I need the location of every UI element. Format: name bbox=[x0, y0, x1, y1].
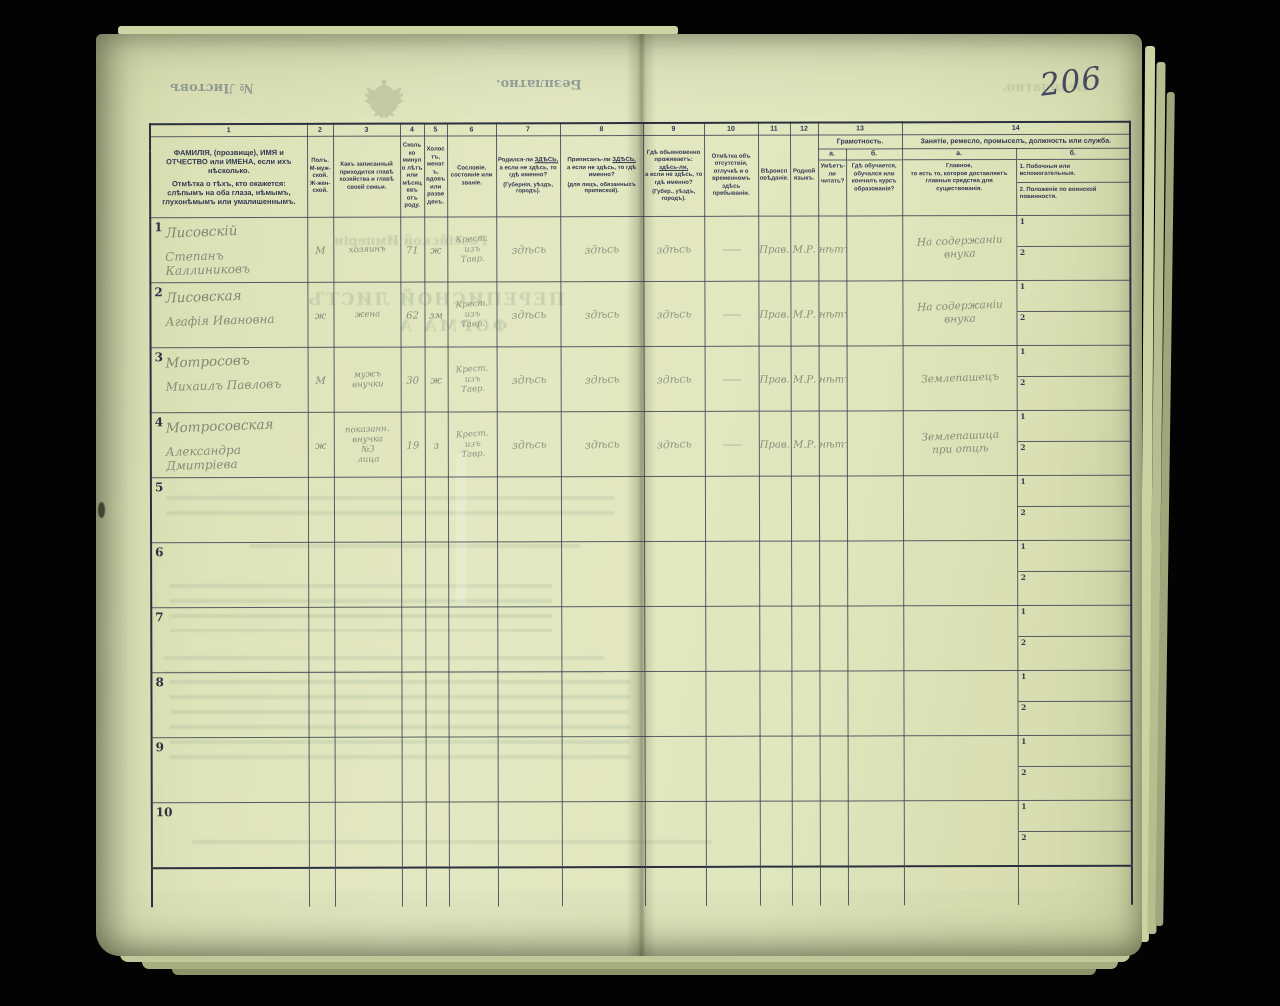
cell-birthplace bbox=[497, 607, 561, 672]
cell-marital-status bbox=[425, 672, 448, 737]
cell-literacy bbox=[819, 671, 847, 736]
cell-surname-given-names: 2 Лисовская Агафія Ивановна bbox=[150, 282, 307, 347]
cell-relation bbox=[335, 737, 402, 802]
cell-relation: мужъ внучки bbox=[334, 347, 401, 412]
row-number: 6 bbox=[155, 545, 163, 559]
cell-sex bbox=[308, 607, 334, 672]
cell-absence-note: —— bbox=[705, 411, 759, 476]
header-col-marital: Холостъ, женатъ, вдовъ или разведенъ. bbox=[424, 136, 447, 217]
cell-absence-note bbox=[705, 476, 759, 541]
cell-residence bbox=[645, 736, 706, 801]
cell-language bbox=[791, 541, 819, 606]
table-row: 8 1 2 bbox=[151, 670, 1131, 738]
col-number: 14 bbox=[902, 122, 1130, 135]
handwritten-surname bbox=[166, 675, 303, 680]
cell-language bbox=[791, 606, 819, 671]
header-col-birthplace: Родился-ли ЗДѢСЬ, а если не здѣсь, то гд… bbox=[496, 136, 560, 217]
cell-sex bbox=[309, 802, 335, 868]
cell-language bbox=[791, 671, 819, 736]
handwritten-surname: Лисовскій bbox=[165, 220, 303, 241]
cell-registration bbox=[562, 736, 645, 801]
cell-occupation-side: 1 2 bbox=[1017, 605, 1131, 670]
photo-of-census-book: { "page_number": "206", "top_edge": { "l… bbox=[0, 0, 1280, 1006]
side-occupation-sub2: 2 bbox=[1017, 377, 1130, 407]
table-tail bbox=[152, 866, 1132, 908]
side-occupation-sub2: 2 bbox=[1017, 442, 1130, 472]
census-table: 1 2 3 4 5 6 7 8 9 10 11 12 13 14 ФАМИЛІЯ… bbox=[149, 121, 1131, 908]
cell-estate: Крест. изъ Тавр. bbox=[448, 347, 497, 412]
table-row: 6 1 2 bbox=[151, 540, 1131, 608]
ink-blot bbox=[98, 502, 105, 518]
cell-registration: здѣсь bbox=[560, 216, 643, 281]
cell-surname-given-names: 8 bbox=[151, 672, 308, 737]
cell-occupation-side: 1 2 bbox=[1017, 345, 1131, 410]
header-col-age: Сколько минуло лѣтъ или мѣсяцевъ отъ род… bbox=[400, 136, 424, 217]
handwritten-surname: Мотросовъ bbox=[165, 350, 303, 371]
cell-birthplace bbox=[497, 477, 561, 542]
col-number: 9 bbox=[643, 123, 704, 136]
cell-occupation-side: 1 2 bbox=[1017, 670, 1131, 735]
cell-registration bbox=[561, 606, 644, 671]
handwritten-surname: Лисовская bbox=[165, 285, 303, 306]
cell-residence: здѣсь bbox=[643, 281, 704, 346]
col-number: 1 bbox=[150, 124, 307, 137]
cell-literacy: нѣтъ bbox=[818, 281, 846, 346]
cell-occupation-side: 1 2 bbox=[1016, 215, 1130, 280]
cell-faith bbox=[759, 606, 791, 671]
cell-language: М.Р. bbox=[791, 411, 819, 476]
cell-sex: ж bbox=[307, 282, 333, 347]
cell-surname-given-names: 1 Лисовскій Степанъ Каллиниковъ bbox=[150, 217, 307, 282]
cell-surname-given-names: 4 Мотросовская Александра Дмитріева bbox=[151, 412, 308, 477]
cell-language bbox=[792, 801, 820, 867]
cell-faith bbox=[760, 736, 792, 801]
side-occupation-sub2: 2 bbox=[1018, 572, 1131, 602]
handwritten-given-names: Александра Дмитріева bbox=[165, 441, 303, 473]
cell-age bbox=[401, 672, 425, 737]
cell-education bbox=[847, 541, 903, 606]
cell-birthplace: здѣсь bbox=[497, 347, 561, 412]
table-row: 5 1 2 bbox=[151, 475, 1131, 543]
col-number: 10 bbox=[704, 123, 758, 136]
cell-occupation-side: 1 2 bbox=[1017, 540, 1131, 605]
handwritten-given-names bbox=[167, 813, 304, 817]
col-number: 6 bbox=[447, 123, 496, 136]
cell-education bbox=[848, 736, 904, 801]
free-of-charge-label-upside-down: Безплатно. bbox=[496, 76, 582, 91]
cell-sex bbox=[308, 672, 334, 737]
cell-occupation-main bbox=[904, 801, 1018, 867]
cell-estate bbox=[448, 477, 497, 542]
handwritten-surname: Мотросовская bbox=[166, 415, 304, 436]
cell-birthplace: здѣсь bbox=[497, 412, 561, 477]
handwritten-surname bbox=[167, 805, 304, 810]
cell-age bbox=[402, 802, 426, 868]
header-col-name: ФАМИЛІЯ, (прозвище), ИМЯ и ОТЧЕСТВО или … bbox=[150, 136, 307, 217]
cell-surname-given-names: 6 bbox=[151, 542, 308, 607]
cell-language bbox=[791, 476, 819, 541]
cell-relation bbox=[335, 802, 402, 868]
side-occupation-sub1: 1 bbox=[1017, 411, 1130, 442]
cell-language: М.Р. bbox=[790, 216, 818, 281]
row-number: 1 bbox=[154, 220, 162, 234]
cell-literacy bbox=[819, 606, 847, 671]
table-row: 3 Мотросовъ Михаилъ Павловъ М мужъ внучк… bbox=[151, 345, 1131, 413]
cell-surname-given-names: 10 bbox=[152, 802, 309, 868]
header-col-faith: Вѣроисповѣданіе. bbox=[758, 135, 790, 216]
cell-faith: Прав. bbox=[758, 281, 790, 346]
side-occupation-sub1: 1 bbox=[1017, 476, 1130, 507]
handwritten-given-names bbox=[166, 683, 303, 687]
cell-literacy bbox=[820, 736, 848, 801]
col-number: 11 bbox=[758, 123, 790, 136]
cell-residence: здѣсь bbox=[644, 346, 705, 411]
cell-residence bbox=[644, 476, 705, 541]
cell-residence bbox=[644, 606, 705, 671]
cell-surname-given-names: 3 Мотросовъ Михаилъ Павловъ bbox=[151, 347, 308, 412]
cell-occupation-main: Землепашица при отцѣ bbox=[903, 411, 1017, 476]
cell-registration bbox=[562, 801, 645, 867]
cell-literacy: нѣтъ bbox=[819, 411, 847, 476]
cell-absence-note bbox=[705, 671, 759, 736]
cell-occupation-main bbox=[903, 606, 1017, 671]
header-group-occupation: Занятіе, ремесло, промыселъ, должность и… bbox=[902, 134, 1130, 149]
cell-age: 19 bbox=[401, 412, 425, 477]
cell-estate bbox=[449, 802, 498, 868]
handwritten-given-names bbox=[166, 488, 303, 492]
cell-absence-note bbox=[705, 606, 759, 671]
cell-occupation-side: 1 2 bbox=[1017, 410, 1131, 475]
side-occupation-sub2: 2 bbox=[1018, 832, 1131, 862]
cell-literacy bbox=[819, 541, 847, 606]
table-row: 9 1 2 bbox=[152, 735, 1132, 803]
cell-occupation-side: 1 2 bbox=[1016, 280, 1130, 345]
cell-age bbox=[401, 477, 425, 542]
cell-education bbox=[847, 606, 903, 671]
row-number: 8 bbox=[155, 675, 163, 689]
handwritten-surname bbox=[166, 545, 303, 550]
cell-age bbox=[402, 737, 426, 802]
header-col-relation: Какъ записанный приходится главѣ хозяйст… bbox=[333, 136, 400, 217]
cell-relation: показанн. внучка №3 лица bbox=[334, 412, 401, 477]
cell-occupation-main: На содержаніи внука bbox=[902, 281, 1016, 346]
side-occupation-sub2: 2 bbox=[1018, 702, 1131, 732]
cell-language: М.Р. bbox=[791, 346, 819, 411]
col-number: 3 bbox=[333, 124, 400, 137]
table-row: 1 Лисовскій Степанъ Каллиниковъ М хозяин… bbox=[150, 215, 1130, 283]
folio-page-number: 206 bbox=[1038, 60, 1104, 103]
col-number: 8 bbox=[560, 123, 643, 136]
cell-occupation-side: 1 2 bbox=[1018, 800, 1132, 866]
cell-occupation-main: На содержаніи внука bbox=[902, 216, 1016, 281]
row-number: 5 bbox=[155, 480, 163, 494]
cell-faith: Прав. bbox=[759, 346, 791, 411]
side-occupation-sub1: 1 bbox=[1018, 736, 1131, 767]
sheet-number-label-upside-down: № Листовъ bbox=[170, 80, 253, 95]
side-occupation-sub2: 2 bbox=[1017, 312, 1130, 342]
cell-birthplace: здѣсь bbox=[496, 217, 560, 282]
cell-occupation-side: 1 2 bbox=[1018, 735, 1132, 800]
cell-education bbox=[846, 281, 902, 346]
cell-education bbox=[846, 216, 902, 281]
handwritten-surname bbox=[167, 740, 304, 745]
cell-birthplace bbox=[498, 737, 562, 802]
header-col-literacy-b: б. Гдѣ обучается, обучался или кончилъ к… bbox=[846, 149, 902, 216]
col-number: 7 bbox=[496, 123, 560, 136]
header-col-sex: Полъ. М-муж-ской. Ж-жен-ской. bbox=[307, 136, 333, 217]
col-number: 5 bbox=[424, 124, 447, 137]
cell-absence-note: —— bbox=[704, 216, 758, 281]
cell-sex: М bbox=[308, 347, 334, 412]
cell-literacy: нѣтъ bbox=[819, 346, 847, 411]
cell-age: 71 bbox=[400, 217, 424, 282]
cell-literacy bbox=[820, 801, 848, 867]
side-occupation-sub1: 1 bbox=[1017, 281, 1130, 312]
col-number: 13 bbox=[818, 122, 902, 135]
side-occupation-sub1: 1 bbox=[1017, 346, 1130, 377]
header-group-literacy: Грамотность. bbox=[818, 135, 902, 149]
table-header: 1 2 3 4 5 6 7 8 9 10 11 12 13 14 ФАМИЛІЯ… bbox=[150, 122, 1130, 218]
side-occupation-sub1: 1 bbox=[1018, 606, 1131, 637]
cell-literacy bbox=[819, 476, 847, 541]
cell-education bbox=[847, 346, 903, 411]
cell-absence-note: —— bbox=[704, 281, 758, 346]
side-occupation-sub1: 1 bbox=[1018, 541, 1131, 572]
handwritten-surname bbox=[166, 610, 303, 615]
table-row: 10 1 2 bbox=[152, 800, 1132, 868]
cell-marital-status: ж bbox=[424, 217, 447, 282]
table-row: 4 Мотросовская Александра Дмитріева ж по… bbox=[151, 410, 1131, 478]
cell-residence bbox=[644, 671, 705, 736]
cell-faith bbox=[759, 476, 791, 541]
cell-language bbox=[792, 736, 820, 801]
col-number: 2 bbox=[307, 124, 333, 137]
cell-relation bbox=[334, 672, 401, 737]
cell-residence: здѣсь bbox=[643, 216, 704, 281]
cell-occupation-side: 1 2 bbox=[1017, 475, 1131, 540]
cell-birthplace bbox=[497, 542, 561, 607]
cell-estate: Крест. изъ Тавр. bbox=[447, 282, 496, 347]
cell-relation bbox=[334, 607, 401, 672]
cell-marital-status bbox=[425, 542, 448, 607]
page-edge-bottom-2 bbox=[142, 962, 1118, 969]
cell-marital-status: зм bbox=[424, 282, 447, 347]
cell-registration: здѣсь bbox=[560, 281, 643, 346]
cell-residence bbox=[644, 541, 705, 606]
cell-residence bbox=[645, 801, 706, 867]
handwritten-given-names bbox=[166, 618, 303, 622]
cell-estate bbox=[448, 672, 497, 737]
handwritten-given-names bbox=[166, 553, 303, 557]
side-occupation-sub1: 1 bbox=[1018, 671, 1131, 702]
handwritten-surname bbox=[166, 480, 303, 485]
census-form-page: № Листовъ Безплатно. Безплатно. 206 Росс… bbox=[96, 34, 1142, 956]
side-occupation-sub2: 2 bbox=[1017, 247, 1130, 277]
cell-faith bbox=[759, 541, 791, 606]
imperial-eagle-crest-icon bbox=[358, 78, 404, 122]
handwritten-given-names bbox=[167, 748, 304, 752]
cell-registration bbox=[561, 541, 644, 606]
handwritten-given-names: Степанъ Каллиниковъ bbox=[165, 246, 303, 278]
cell-sex: ж bbox=[308, 412, 334, 477]
cell-birthplace bbox=[497, 672, 561, 737]
header-col-occupation-main: а. Главное, то есть то, которое доставля… bbox=[902, 149, 1016, 216]
table-row: 7 1 2 bbox=[151, 605, 1131, 673]
page-edge-bottom-3 bbox=[172, 969, 1096, 975]
cell-faith: Прав. bbox=[759, 411, 791, 476]
cell-registration: здѣсь bbox=[561, 346, 644, 411]
cell-relation: жена bbox=[333, 282, 400, 347]
row-number: 3 bbox=[155, 350, 163, 364]
row-number: 4 bbox=[155, 415, 163, 429]
cell-absence-note bbox=[706, 736, 760, 801]
cell-marital-status: ж bbox=[425, 347, 448, 412]
side-occupation-sub1: 1 bbox=[1018, 801, 1131, 832]
row-number: 10 bbox=[156, 805, 173, 819]
side-occupation-sub2: 2 bbox=[1018, 637, 1131, 667]
header-col-language: Родной языкъ. bbox=[790, 135, 818, 216]
cell-surname-given-names: 5 bbox=[151, 477, 308, 542]
cell-sex bbox=[308, 477, 334, 542]
cell-education bbox=[847, 671, 903, 736]
header-col-literacy-a: а. Умѣетъ-ли читать? bbox=[818, 149, 846, 216]
cell-estate: Крест. изъ Тавр. bbox=[447, 217, 496, 282]
cell-occupation-main bbox=[903, 671, 1017, 736]
header-col-occupation-side: б. 1. Побочныя или вспомогательныя. 2. П… bbox=[1016, 148, 1130, 215]
cell-education bbox=[847, 411, 903, 476]
cell-estate bbox=[448, 607, 497, 672]
handwritten-given-names: Михаилъ Павловъ bbox=[165, 376, 303, 394]
cell-age bbox=[401, 607, 425, 672]
cell-marital-status bbox=[425, 607, 448, 672]
row-number: 7 bbox=[155, 610, 163, 624]
table-body: 1 Лисовскій Степанъ Каллиниковъ М хозяин… bbox=[150, 215, 1132, 868]
cell-estate bbox=[449, 737, 498, 802]
cell-language: М.Р. bbox=[790, 281, 818, 346]
row-number: 9 bbox=[156, 740, 164, 754]
cell-age: 62 bbox=[400, 282, 424, 347]
cell-estate bbox=[448, 542, 497, 607]
cell-surname-given-names: 9 bbox=[152, 737, 309, 802]
table-row: 2 Лисовская Агафія Ивановна ж жена 62 зм… bbox=[150, 280, 1130, 348]
cell-occupation-main bbox=[904, 736, 1018, 801]
cell-marital-status: з bbox=[425, 412, 448, 477]
handwritten-given-names: Агафія Ивановна bbox=[165, 311, 303, 329]
header-col-registration: Приписанъ-ли ЗДѢСЬ, а если не здѣсь, то … bbox=[560, 135, 643, 216]
cell-marital-status bbox=[426, 802, 449, 868]
cell-occupation-main bbox=[903, 476, 1017, 541]
side-occupation-sub2: 2 bbox=[1018, 767, 1131, 797]
cell-registration bbox=[561, 671, 644, 736]
cell-education bbox=[848, 801, 904, 867]
cell-age bbox=[401, 542, 425, 607]
cell-relation bbox=[334, 477, 401, 542]
cell-registration bbox=[561, 476, 644, 541]
cell-absence-note bbox=[705, 541, 759, 606]
cell-education bbox=[847, 476, 903, 541]
cell-registration: здѣсь bbox=[561, 411, 644, 476]
cell-occupation-main bbox=[903, 541, 1017, 606]
header-col-absence: Отмѣтка объ отсутствіи, отлучкѣ и о врем… bbox=[704, 135, 758, 216]
cell-faith: Прав. bbox=[758, 216, 790, 281]
header-col-residence: Гдѣ обыкновенно проживаетъ: здѣсь-ли, а … bbox=[643, 135, 704, 216]
cell-literacy: нѣтъ bbox=[818, 216, 846, 281]
cell-absence-note: —— bbox=[705, 346, 759, 411]
cell-marital-status bbox=[425, 477, 448, 542]
cell-estate: Крест. изъ Тавр. bbox=[448, 412, 497, 477]
cell-relation bbox=[334, 542, 401, 607]
totals-tail-row bbox=[152, 866, 1132, 908]
cell-sex bbox=[309, 737, 335, 802]
side-occupation-sub2: 2 bbox=[1017, 507, 1130, 537]
col-number: 4 bbox=[400, 124, 424, 137]
header-col-estate: Сословіе, состояніе или званіе. bbox=[447, 136, 496, 217]
side-occupation-sub1: 1 bbox=[1017, 216, 1130, 247]
cell-faith bbox=[759, 671, 791, 736]
cell-birthplace: здѣсь bbox=[496, 282, 560, 347]
cell-faith bbox=[760, 801, 792, 867]
cell-birthplace bbox=[498, 802, 562, 868]
cell-marital-status bbox=[426, 737, 449, 802]
cell-sex bbox=[308, 542, 334, 607]
cell-occupation-main: Землепашецъ bbox=[903, 346, 1017, 411]
cell-relation: хозяинъ bbox=[333, 217, 400, 282]
cell-absence-note bbox=[706, 801, 760, 867]
row-number: 2 bbox=[154, 285, 162, 299]
col-number: 12 bbox=[790, 123, 818, 136]
cell-surname-given-names: 7 bbox=[151, 607, 308, 672]
cell-residence: здѣсь bbox=[644, 411, 705, 476]
cell-age: 30 bbox=[401, 347, 425, 412]
cell-sex: М bbox=[307, 217, 333, 282]
